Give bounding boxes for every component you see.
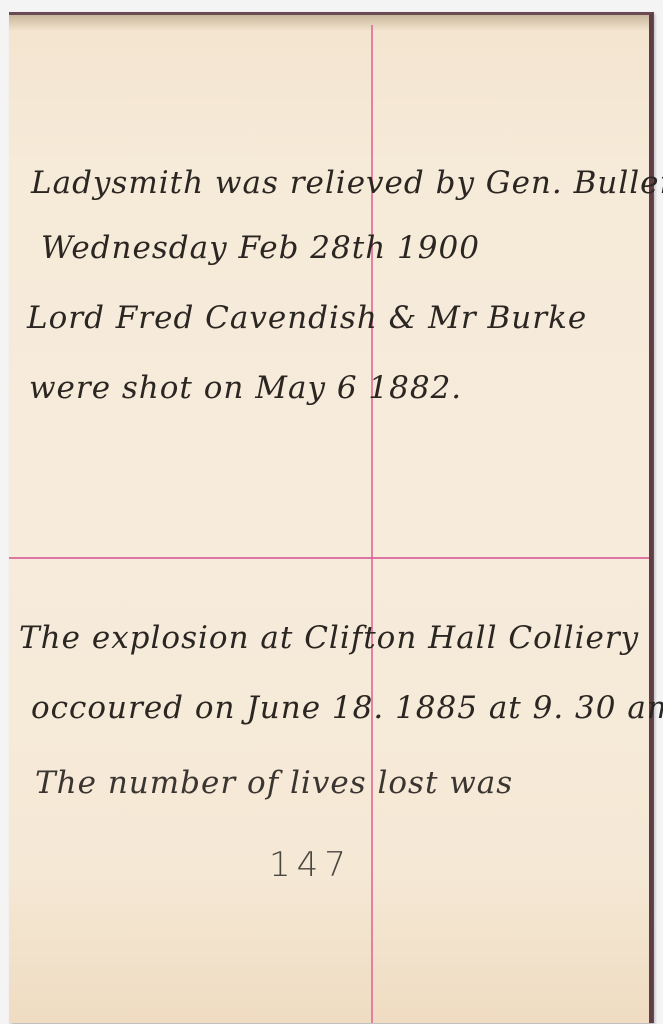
entry-clifton-line-1: The explosion at Clifton Hall Colliery [19, 620, 639, 656]
entry-ladysmith-line-2: Wednesday Feb 28th 1900 [41, 230, 480, 266]
notebook-page: Ladysmith was relieved by Gen. Buller on… [9, 12, 653, 1023]
entry-ladysmith-line-1: Ladysmith was relieved by Gen. Buller on [31, 165, 663, 201]
entry-clifton-lives-lost: 147 [269, 845, 352, 885]
entry-clifton-line-3: The number of lives lost was [35, 765, 513, 801]
entry-cavendish-line-1: Lord Fred Cavendish & Mr Burke [27, 300, 587, 336]
entry-cavendish-line-2: were shot on May 6 1882. [29, 370, 462, 406]
entry-clifton-line-2: occoured on June 18. 1885 at 9. 30 am [31, 690, 663, 726]
horizontal-divider-rule [9, 557, 649, 559]
